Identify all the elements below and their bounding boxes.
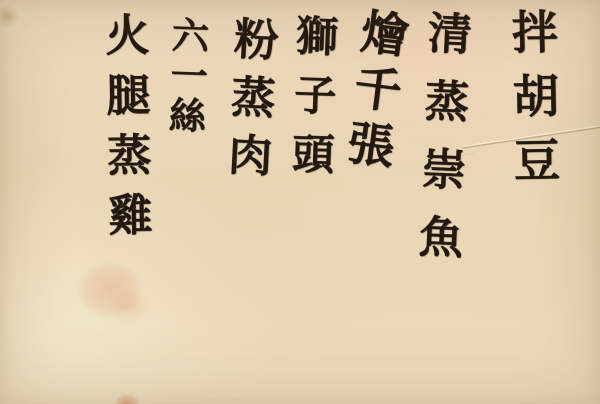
menu-column-5: 粉蒸肉: [211, 14, 284, 191]
menu-column-7: 火腿蒸雞: [90, 11, 158, 252]
stain-blotch-large: [52, 242, 164, 342]
stain-top-left-corner: [0, 0, 26, 36]
stain-bottom-edge: [108, 386, 146, 404]
menu-column-4: 獅子頭: [279, 13, 345, 192]
menu-column-6: 六一絲: [156, 15, 214, 137]
menu-column-1: 拌胡豆: [498, 7, 567, 200]
calligraphy-menu-photo: 拌胡豆 清蒸崇魚 燴千張 獅子頭 粉蒸肉 六一絲 火腿蒸雞: [0, 0, 600, 404]
menu-column-2: 清蒸崇魚: [402, 9, 478, 284]
